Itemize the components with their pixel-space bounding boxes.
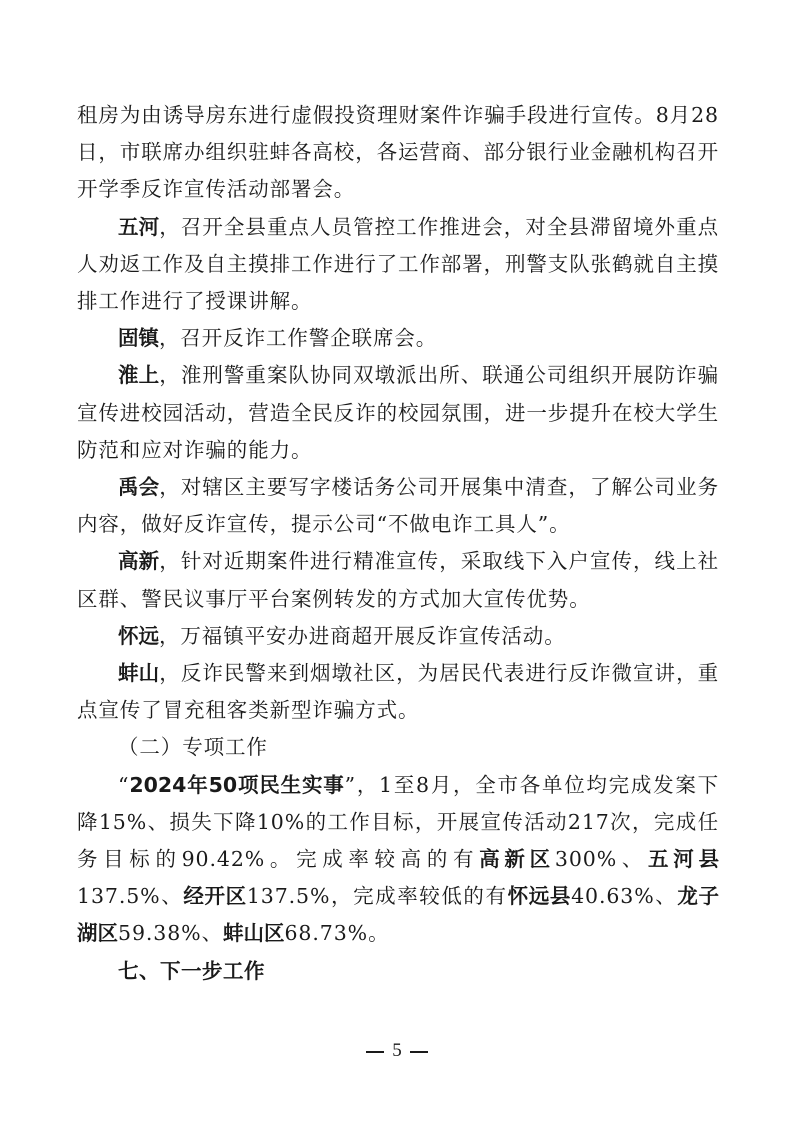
section-heading-next-steps: 七、下一步工作 <box>77 953 719 990</box>
paragraph-text: ，对辖区主要写字楼话务公司开展集中清查，了解公司业务内容，做好反诈宣传，提示公司… <box>77 475 719 536</box>
region-name: 固镇 <box>118 326 159 350</box>
paragraph-huaiyuan: 怀远，万福镇平安办进商超开展反诈宣传活动。 <box>77 618 719 655</box>
region-name: 蚌山 <box>118 661 159 685</box>
low-region-value: 59.38% <box>118 921 202 945</box>
paragraph-continuation: 租房为由诱导房东进行虚假投资理财案件诈骗手段进行宣传。8月28日，市联席办组织驻… <box>77 97 719 209</box>
low-region-name: 蚌山区 <box>223 921 285 945</box>
separator: 、 <box>655 884 678 908</box>
quote-close: ” <box>345 773 356 797</box>
paragraph-special-work: “2024年50项民生实事”，1至8月，全市各单位均完成发案下降15%、损失下降… <box>77 767 719 953</box>
high-region-name: 高新区 <box>479 847 555 871</box>
paragraph-text: ，针对近期案件进行精准宣传，采取线下入户宣传，线上社区群、警民议事厅平台案例转发… <box>77 549 719 610</box>
region-name: 禹会 <box>118 475 159 499</box>
region-name: 怀远 <box>118 624 159 648</box>
paragraph-yuhui: 禹会，对辖区主要写字楼话务公司开展集中清查，了解公司业务内容，做好反诈宣传，提示… <box>77 469 719 543</box>
quote-open: “ <box>118 773 129 797</box>
paragraph-guzhen: 固镇，召开反诈工作警企联席会。 <box>77 320 719 357</box>
high-region-value: 137.5% <box>247 884 331 908</box>
low-region-value: 40.63% <box>571 884 655 908</box>
paragraph-wuhe: 五河，召开全县重点人员管控工作推进会，对全县滞留境外重点人劝返工作及自主摸排工作… <box>77 209 719 321</box>
paragraph-huaishang: 淮上，淮刑警重案队协同双墩派出所、联通公司组织开展防诈骗宣传进校园活动，营造全民… <box>77 357 719 469</box>
paragraph-gaoxin: 高新，针对近期案件进行精准宣传，采取线下入户宣传，线上社区群、警民议事厅平台案例… <box>77 543 719 617</box>
left-dash <box>366 1051 384 1053</box>
document-page: 租房为由诱导房东进行虚假投资理财案件诈骗手段进行宣传。8月28日，市联席办组织驻… <box>0 0 794 1123</box>
low-region-value: 68.73% <box>284 921 368 945</box>
region-name: 淮上 <box>118 363 159 387</box>
document-body: 租房为由诱导房东进行虚假投资理财案件诈骗手段进行宣传。8月28日，市联席办组织驻… <box>77 97 719 990</box>
high-region-name: 五河县 <box>648 847 719 871</box>
section-subheading: （二）专项工作 <box>77 729 719 766</box>
separator: 、 <box>617 847 648 871</box>
paragraph-text: ，召开全县重点人员管控工作推进会，对全县滞留境外重点人劝返工作及自主摸排工作进行… <box>77 215 719 313</box>
region-name: 高新 <box>118 549 159 573</box>
low-region-name: 怀远县 <box>508 884 572 908</box>
right-dash <box>410 1051 428 1053</box>
region-name: 五河 <box>118 215 159 239</box>
paragraph-text: ，万福镇平安办进商超开展反诈宣传活动。 <box>159 624 566 648</box>
separator: 、 <box>161 884 184 908</box>
high-region-name: 经开区 <box>183 884 247 908</box>
project-title: 2024年50项民生实事 <box>129 773 344 797</box>
paragraph-text: ，完成率较低的有 <box>330 884 507 908</box>
period: 。 <box>368 921 389 945</box>
paragraph-text: ，反诈民警来到烟墩社区，为居民代表进行反诈微宣讲，重点宣传了冒充租客类新型诈骗方… <box>77 661 719 722</box>
paragraph-text: ，淮刑警重案队协同双墩派出所、联通公司组织开展防诈骗宣传进校园活动，营造全民反诈… <box>77 363 719 461</box>
high-region-value: 300% <box>555 847 617 871</box>
high-region-value: 137.5% <box>77 884 161 908</box>
page-number: 5 <box>392 1040 402 1061</box>
paragraph-text: ，召开反诈工作警企联席会。 <box>159 326 437 350</box>
paragraph-bengshan: 蚌山，反诈民警来到烟墩社区，为居民代表进行反诈微宣讲，重点宣传了冒充租客类新型诈… <box>77 655 719 729</box>
separator: 、 <box>202 921 223 945</box>
paragraph-text: 租房为由诱导房东进行虚假投资理财案件诈骗手段进行宣传。8月28日，市联席办组织驻… <box>77 103 719 201</box>
page-number-footer: 5 <box>0 1040 794 1062</box>
